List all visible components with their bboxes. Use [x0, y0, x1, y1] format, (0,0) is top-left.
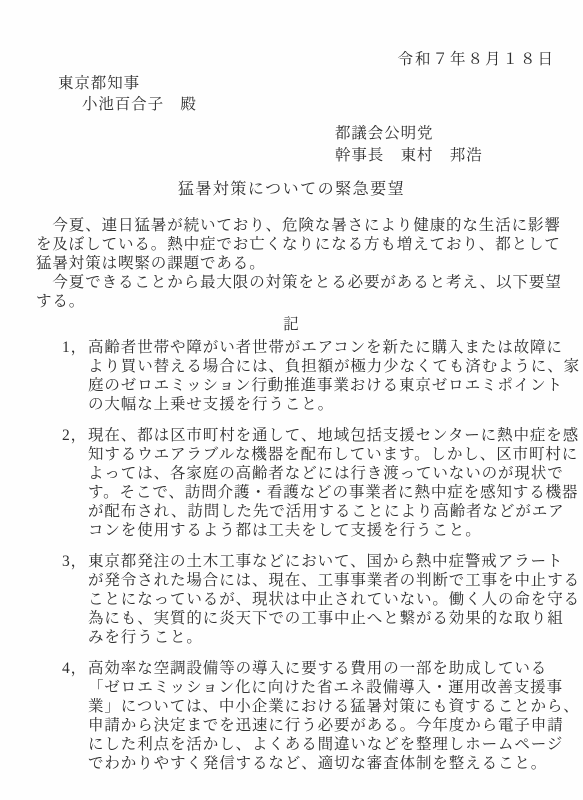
intro-paragraph-2: 今夏できることから最大限の対策をとる必要があると考え、以下要望する。	[36, 273, 557, 311]
text-line: 業」については、中小企業における猛暑対策にも資することから、	[88, 697, 557, 716]
addressee-name: 小池百合子 殿	[82, 94, 583, 115]
document-title: 猛暑対策についての緊急要望	[0, 180, 583, 199]
item-text: 高齢者世帯や障がい者世帯がエアコンを新たに購入または故障により買い替える場合には…	[88, 338, 557, 414]
text-line: が配布され、訪問した先で活用することにより高齢者などがエア	[88, 502, 557, 521]
text-line: 今夏できることから最大限の対策をとる必要があると考え、以下要望	[36, 273, 557, 292]
text-line: ことになっているが、現状は中止されていない。働く人の命を守る	[88, 590, 557, 609]
text-line: 高効率な空調設備等の導入に要する費用の一部を助成している	[88, 659, 557, 678]
text-line: にした利点を活かし、よくある間違いなどを整理しホームページ	[88, 735, 557, 754]
text-line: でわかりやすく発信するなど、適切な審査体制を整えること。	[88, 754, 557, 773]
text-line: する。	[36, 292, 557, 311]
request-item-1: 1， 高齢者世帯や障がい者世帯がエアコンを新たに購入または故障により買い替える場…	[62, 338, 557, 414]
request-item-2: 2， 現在、都は区市町村を通して、地域包括支援センターに熱中症を感知するウエアラ…	[62, 426, 557, 540]
text-line: 申請から決定までを迅速に行う必要がある。今年度から電子申請	[88, 716, 557, 735]
text-line: 東京都発注の土木工事などにおいて、国から熱中症警戒アラート	[88, 552, 557, 571]
request-item-4: 4， 高効率な空調設備等の導入に要する費用の一部を助成している「ゼロエミッション…	[62, 659, 557, 773]
text-line: 知するウエアラブルな機器を配布しています。しかし、区市町村に	[88, 445, 557, 464]
text-line: より買い替える場合には、負担額が極力少なくても済むように、家	[88, 357, 557, 376]
request-item-list: 1， 高齢者世帯や障がい者世帯がエアコンを新たに購入または故障により買い替える場…	[0, 338, 583, 773]
addressee-block: 東京都知事 小池百合子 殿	[0, 73, 583, 115]
intro-paragraph-1: 今夏、連日猛暑が続いており、危険な暑さにより健康的な生活に影響を及ぼしている。熱…	[36, 216, 557, 273]
text-line: みを行うこと。	[88, 628, 557, 647]
text-line: 高齢者世帯や障がい者世帯がエアコンを新たに購入または故障に	[88, 338, 557, 357]
text-line: す。そこで、訪問介護・看護などの事業者に熱中症を感知する機器	[88, 483, 557, 502]
sender-organization: 都議会公明党	[335, 123, 583, 145]
text-line: コンを使用するよう都は工夫をして支援を行うこと。	[88, 521, 557, 540]
item-number: 4，	[62, 659, 88, 773]
date-line: 令和７年８月１８日	[0, 50, 583, 69]
item-text: 高効率な空調設備等の導入に要する費用の一部を助成している「ゼロエミッション化に向…	[88, 659, 557, 773]
text-line: 為にも、実質的に炎天下での工事中止へと繋がる効果的な取り組	[88, 609, 557, 628]
text-line: よっては、各家庭の高齢者などには行き渡っていないのが現状で	[88, 464, 557, 483]
sender-name: 幹事長 東村 邦浩	[335, 145, 583, 167]
addressee-title: 東京都知事	[58, 73, 583, 94]
text-line: 庭のゼロエミッション行動推進事業おける東京ゼロエミポイント	[88, 376, 557, 395]
text-line: 今夏、連日猛暑が続いており、危険な暑さにより健康的な生活に影響	[36, 216, 557, 235]
item-text: 現在、都は区市町村を通して、地域包括支援センターに熱中症を感知するウエアラブルな…	[88, 426, 557, 540]
document-page: 令和７年８月１８日 東京都知事 小池百合子 殿 都議会公明党 幹事長 東村 邦浩…	[0, 0, 583, 800]
record-marker: 記	[0, 315, 583, 334]
text-line: が発令された場合には、現在、工事事業者の判断で工事を中止する	[88, 571, 557, 590]
item-text: 東京都発注の土木工事などにおいて、国から熱中症警戒アラートが発令された場合には、…	[88, 552, 557, 647]
text-line: 猛暑対策は喫緊の課題である。	[36, 254, 557, 273]
text-line: 「ゼロエミッション化に向けた省エネ設備導入・運用改善支援事	[88, 678, 557, 697]
sender-block: 都議会公明党 幹事長 東村 邦浩	[335, 123, 583, 167]
request-item-3: 3， 東京都発注の土木工事などにおいて、国から熱中症警戒アラートが発令された場合…	[62, 552, 557, 647]
text-line: 現在、都は区市町村を通して、地域包括支援センターに熱中症を感	[88, 426, 557, 445]
item-number: 2，	[62, 426, 88, 540]
item-number: 1，	[62, 338, 88, 414]
item-number: 3，	[62, 552, 88, 647]
text-line: の大幅な上乗せ支援を行うこと。	[88, 395, 557, 414]
text-line: を及ぼしている。熱中症でお亡くなりになる方も増えており、都として	[36, 235, 557, 254]
